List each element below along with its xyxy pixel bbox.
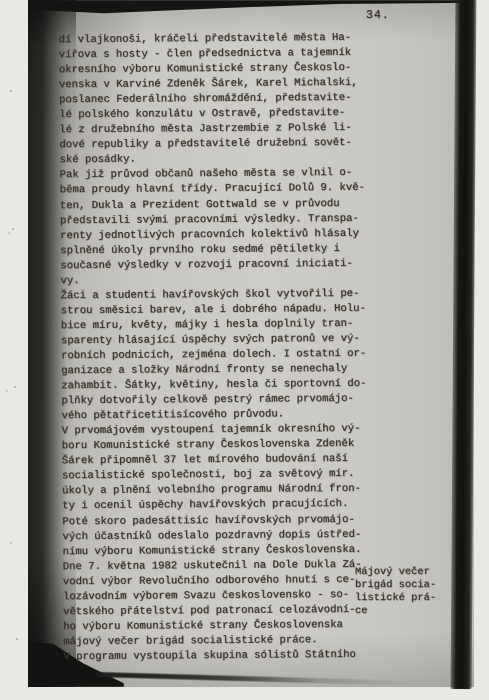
typewritten-body-text: dí vlajkonoši, kráčeli představitelé měs… [59,31,369,665]
margin-note: Májový večer brigád socia- listické prá-… [355,566,436,618]
book-scan: 34. dí vlajkonoši, kráčeli představitelé… [0,0,489,700]
scanner-noise-speckles [10,90,12,92]
page-number: 34. [366,9,390,22]
